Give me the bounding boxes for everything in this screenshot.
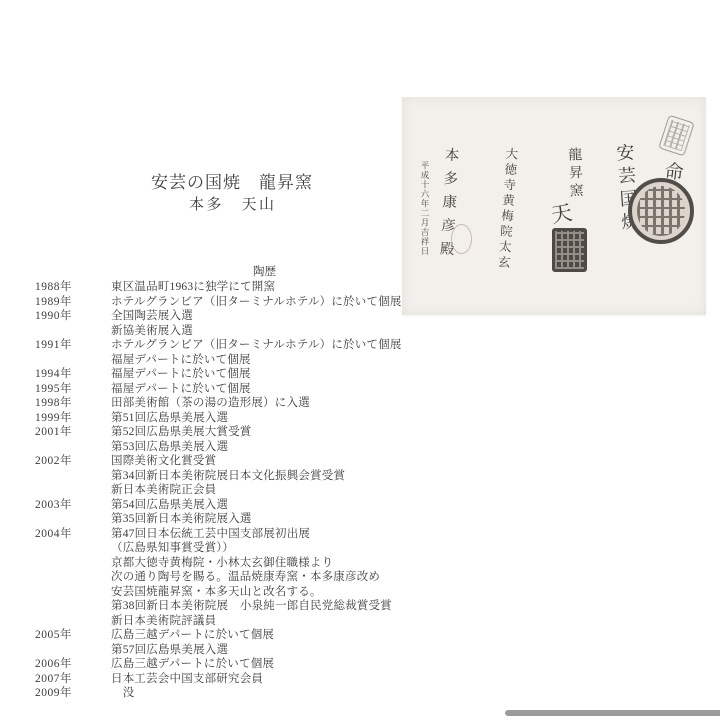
chronology-row: 新協美術展入選 <box>35 324 405 339</box>
oval-seal-stamp <box>451 224 472 254</box>
entry-text: 新日本美術院評議員 <box>111 614 216 629</box>
chronology-row: 福屋デパートに於いて個展 <box>35 353 405 368</box>
calligraphy-artist-char: 天 <box>549 196 575 229</box>
entry-text: 第47回日本伝統工芸中国支部展初出展 <box>111 527 310 542</box>
entry-text: 福屋デパートに於いて個展 <box>111 382 251 397</box>
chronology-row: 2007年日本工芸会中国支部研究会員 <box>35 672 405 687</box>
chronology-row: 1991年ホテルグランビア（旧ターミナルホテル）に於いて個展 <box>35 338 405 353</box>
chronology-row: 1988年東区温品町1963に独学にて開窯 <box>35 280 405 295</box>
calligraphy-temple-signature: 大徳寺黄梅院太玄 <box>494 147 521 272</box>
chronology-row: 第34回新日本美術院展日本文化振興会賞受賞 <box>35 469 405 484</box>
year-label: 2001年 <box>35 425 111 440</box>
year-label <box>35 353 111 368</box>
author-name: 本多 天山 <box>189 193 277 214</box>
entry-text: 京都大徳寺黄梅院・小林太玄御住職様より <box>111 556 333 571</box>
year-label: 1994年 <box>35 367 111 382</box>
certificate-photo: 命名 安芸国焼 龍昇窯 天 大徳寺黄梅院太玄 本多康彦殿 平成十六年二月吉祥日 <box>402 97 706 315</box>
chronology-row: 2006年広島三越デパートに於いて個展 <box>35 657 405 672</box>
page-title: 安芸の国焼 龍昇窯 <box>151 168 313 193</box>
year-label <box>35 440 111 455</box>
entry-text: 広島三越デパートに於いて個展 <box>111 628 274 643</box>
year-label <box>35 556 111 571</box>
chronology-row: 2003年第54回広島県美展入選 <box>35 498 405 513</box>
year-label <box>35 599 111 614</box>
entry-text: ホテルグランビア（旧ターミナルホテル）に於いて個展 <box>111 295 402 310</box>
chronology-row: 2009年 没 <box>35 686 405 701</box>
chronology-row: 1989年ホテルグランビア（旧ターミナルホテル）に於いて個展 <box>35 295 405 310</box>
year-label: 1988年 <box>35 280 111 295</box>
chronology-row: 2005年広島三越デパートに於いて個展 <box>35 628 405 643</box>
year-label <box>35 614 111 629</box>
year-label: 1990年 <box>35 309 111 324</box>
entry-text: 第38回新日本美術院展 小泉純一郎自民党総裁賞受賞 <box>111 599 392 614</box>
chronology-row: 1999年第51回広島県美展入選 <box>35 411 405 426</box>
entry-text: 第34回新日本美術院展日本文化振興会賞受賞 <box>111 469 345 484</box>
year-label <box>35 585 111 600</box>
chronology-row: 京都大徳寺黄梅院・小林太玄御住職様より <box>35 556 405 571</box>
chronology-row: 2001年第52回広島県美展大賞受賞 <box>35 425 405 440</box>
year-label: 2005年 <box>35 628 111 643</box>
year-label <box>35 512 111 527</box>
entry-text: 新日本美術院正会員 <box>111 483 216 498</box>
horizontal-scrollbar-thumb[interactable] <box>505 710 720 716</box>
entry-text: 福屋デパートに於いて個展 <box>111 367 251 382</box>
entry-text: 第35回新日本美術院展入選 <box>111 512 252 527</box>
chronology-row: 1998年田部美術館（茶の湯の造形展）に入選 <box>35 396 405 411</box>
chronology-row: 第53回広島県美展入選 <box>35 440 405 455</box>
year-label: 2004年 <box>35 527 111 542</box>
entry-text: 田部美術館（茶の湯の造形展）に入選 <box>111 396 310 411</box>
chronology-row: 1990年全国陶芸展入選 <box>35 309 405 324</box>
entry-text: 安芸国焼龍昇窯・本多天山と改名する。 <box>111 585 322 600</box>
chronology-row: 新日本美術院正会員 <box>35 483 405 498</box>
entry-text: 第53回広島県美展入選 <box>111 440 228 455</box>
entry-text: 第51回広島県美展入選 <box>111 411 228 426</box>
chronology-row: 1994年福屋デパートに於いて個展 <box>35 367 405 382</box>
chronology-row: 安芸国焼龍昇窯・本多天山と改名する。 <box>35 585 405 600</box>
year-label: 2002年 <box>35 454 111 469</box>
year-label: 2009年 <box>35 686 111 701</box>
chronology-row: 次の通り陶号を賜る。温品焼康寿窯・本多康彦改め <box>35 570 405 585</box>
chronology-row: 第35回新日本美術院展入選 <box>35 512 405 527</box>
chronology-row: 第38回新日本美術院展 小泉純一郎自民党総裁賞受賞 <box>35 599 405 614</box>
year-label <box>35 483 111 498</box>
chronology-row: 2002年国際美術文化賞受賞 <box>35 454 405 469</box>
entry-text: 国際美術文化賞受賞 <box>111 454 216 469</box>
year-label: 1998年 <box>35 396 111 411</box>
year-label: 1999年 <box>35 411 111 426</box>
entry-text: 没 <box>111 686 134 701</box>
entry-text: 東区温品町1963に独学にて開窯 <box>111 280 275 295</box>
year-label: 2007年 <box>35 672 111 687</box>
corner-seal-stamp <box>658 115 694 157</box>
square-seal-stamp <box>552 228 587 272</box>
year-label <box>35 643 111 658</box>
entry-text: 日本工芸会中国支部研究会員 <box>111 672 263 687</box>
entry-text: 全国陶芸展入選 <box>111 309 193 324</box>
chronology-row: （広島県知事賞受賞）） <box>35 541 405 556</box>
entry-text: 広島三越デパートに於いて個展 <box>111 657 274 672</box>
year-label: 1989年 <box>35 295 111 310</box>
year-label: 2006年 <box>35 657 111 672</box>
section-heading: 陶歴 <box>253 263 276 279</box>
year-label <box>35 469 111 484</box>
chronology-row: 1995年福屋デパートに於いて個展 <box>35 382 405 397</box>
year-label: 2003年 <box>35 498 111 513</box>
chronology-row: 2004年第47回日本伝統工芸中国支部展初出展 <box>35 527 405 542</box>
chronology-row: 第57回広島県美展入選 <box>35 643 405 658</box>
entry-text: 次の通り陶号を賜る。温品焼康寿窯・本多康彦改め <box>111 570 380 585</box>
seal-carving <box>555 231 584 269</box>
entry-text: 第52回広島県美展大賞受賞 <box>111 425 252 440</box>
round-seal-stamp <box>628 178 694 244</box>
year-label <box>35 324 111 339</box>
year-label: 1991年 <box>35 338 111 353</box>
entry-text: 新協美術展入選 <box>111 324 193 339</box>
year-label <box>35 570 111 585</box>
entry-text: 第57回広島県美展入選 <box>111 643 228 658</box>
seal-carving <box>637 186 685 236</box>
seal-carving <box>663 120 689 152</box>
entry-text: （広島県知事賞受賞）） <box>111 541 234 556</box>
document-page: 安芸の国焼 龍昇窯 本多 天山 陶歴 1988年東区温品町1963に独学にて開窯… <box>0 0 720 720</box>
entry-text: 福屋デパートに於いて個展 <box>111 353 251 368</box>
calligraphy-kiln-name: 龍昇窯 <box>563 147 585 202</box>
entry-text: 第54回広島県美展入選 <box>111 498 228 513</box>
entry-text: ホテルグランビア（旧ターミナルホテル）に於いて個展 <box>111 338 402 353</box>
year-label: 1995年 <box>35 382 111 397</box>
chronology-list: 1988年東区温品町1963に独学にて開窯1989年ホテルグランビア（旧ターミナ… <box>35 280 405 701</box>
year-label <box>35 541 111 556</box>
chronology-row: 新日本美術院評議員 <box>35 614 405 629</box>
calligraphy-date: 平成十六年二月吉祥日 <box>419 161 431 256</box>
